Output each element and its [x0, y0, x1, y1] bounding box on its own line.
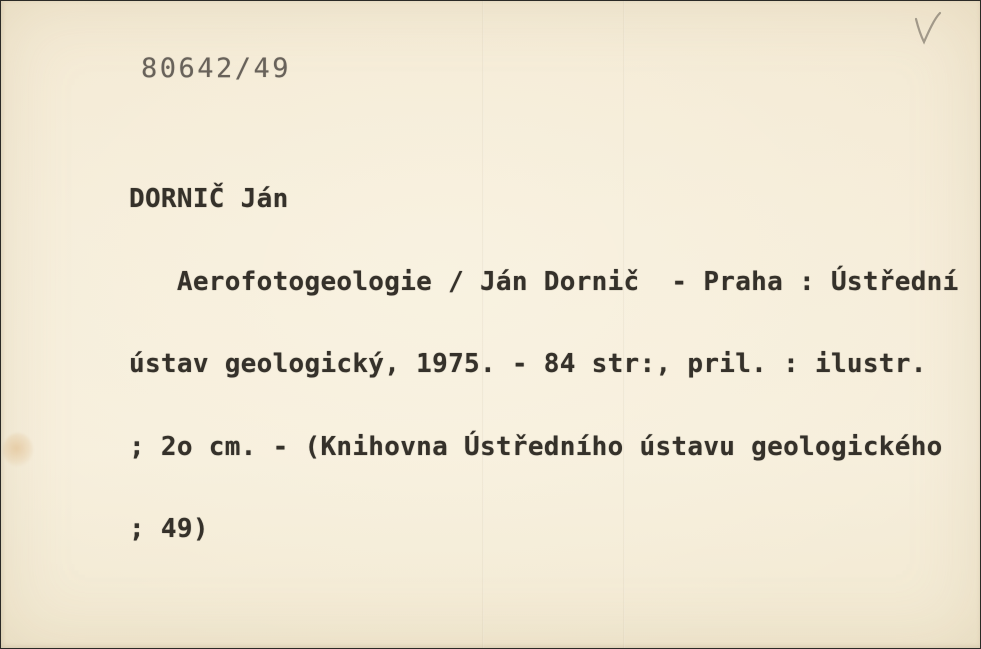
bibliographic-record: DORNIČ Ján Aerofotogeologie / Ján Dornič… [129, 131, 959, 599]
bib-line-publication: ústav geologický, 1975. - 84 str:, pril.… [129, 351, 959, 379]
catalog-card: 80642/49 DORNIČ Ján Aerofotogeologie / J… [0, 0, 981, 649]
call-number: 80642/49 [141, 53, 291, 84]
bib-line-series-number: ; 49) [129, 516, 959, 544]
bib-line-series: ; 2o cm. - (Knihovna Ústředního ústavu g… [129, 434, 959, 462]
pencil-checkmark-icon [904, 9, 948, 51]
bib-line-title-statement: Aerofotogeologie / Ján Dornič - Praha : … [129, 269, 959, 297]
paper-stain [3, 433, 33, 467]
author-heading: DORNIČ Ján [129, 186, 959, 214]
